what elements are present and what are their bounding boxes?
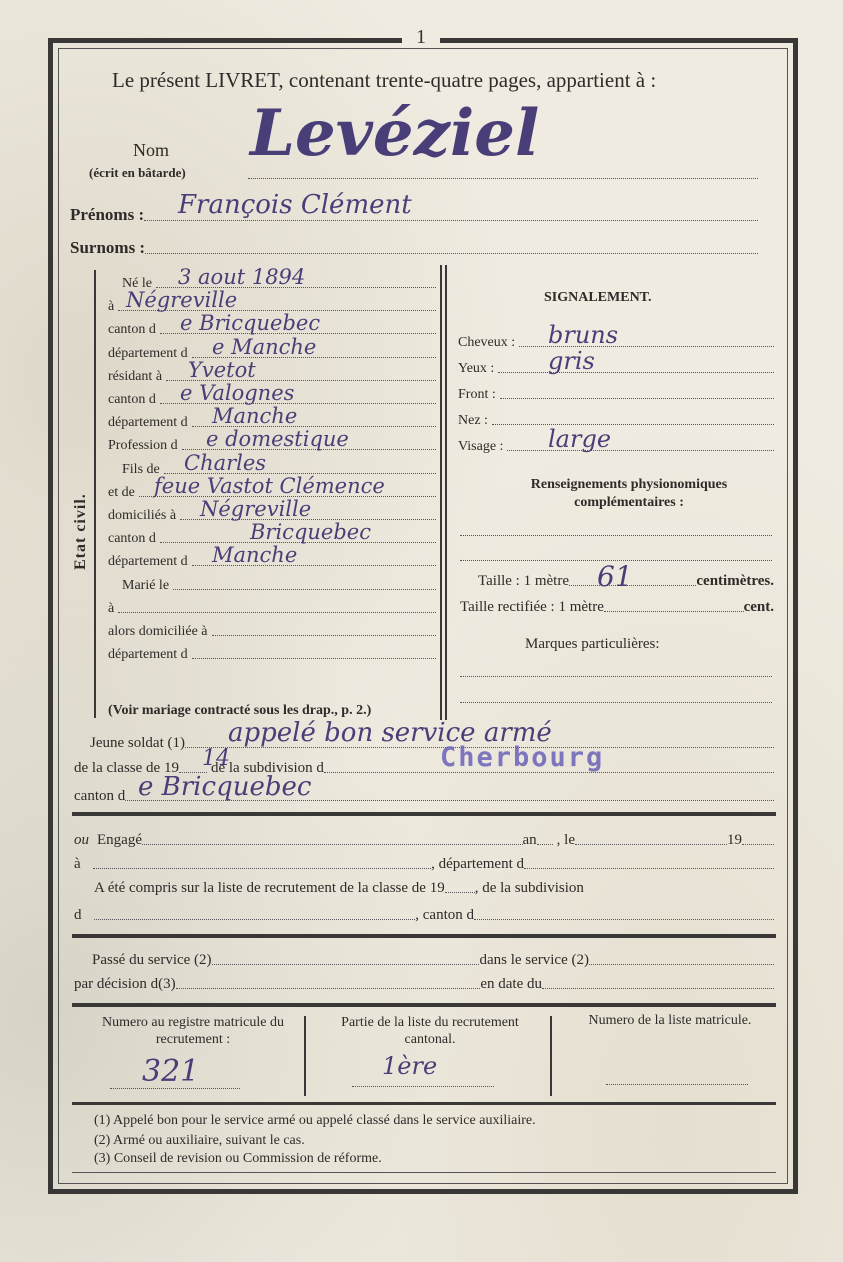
numeros-divider-2 xyxy=(550,1016,552,1096)
taille-rectifiee-label: Taille rectifiée : 1 mètre xyxy=(460,599,604,616)
engage-lieu-row: à , département d xyxy=(74,856,774,873)
etat-civil-row: alors domiciliée à xyxy=(108,624,436,640)
marques-label: Marques particulières: xyxy=(525,636,660,653)
engage-line xyxy=(142,844,523,845)
etat-civil-label: résidant à xyxy=(108,369,162,385)
prenoms-label: Prénoms : xyxy=(70,205,144,225)
taille-line xyxy=(569,585,696,586)
signalement-label: Front : xyxy=(458,387,496,403)
footnote-bottom-line xyxy=(72,1172,776,1173)
canton-label: canton d xyxy=(74,788,125,805)
numeros-divider-1 xyxy=(304,1016,306,1096)
signalement-value[interactable]: gris xyxy=(548,347,595,375)
etat-civil-label: alors domiciliée à xyxy=(108,624,208,640)
numero-registre-header: Numero au registre matricule du recrutem… xyxy=(88,1014,298,1048)
etat-civil-value[interactable]: Bricquebec xyxy=(250,520,371,544)
passe-line xyxy=(212,964,480,965)
nom-value[interactable]: Levéziel xyxy=(250,96,539,171)
partie-liste-line xyxy=(352,1086,494,1087)
date-label: en date du xyxy=(480,976,542,993)
engage-row: ou Engagé an , le 19 xyxy=(74,832,774,849)
signalement-row: Front : xyxy=(458,387,774,403)
prenoms-line xyxy=(144,220,758,221)
footnote-3: (3) Conseil de revision ou Commission de… xyxy=(94,1151,382,1167)
etat-civil-label: domiciliés à xyxy=(108,508,176,524)
renseignements-line-1 xyxy=(460,535,772,536)
numero-liste-header: Numero de la liste matricule. xyxy=(570,1012,770,1029)
etat-civil-value[interactable]: e Bricquebec xyxy=(180,311,320,335)
surnoms-line xyxy=(145,253,758,254)
signalement-label: Yeux : xyxy=(458,361,494,377)
compris-canton-label: , canton d xyxy=(415,907,474,924)
engage-departement-line xyxy=(524,868,774,869)
compris-lieu-row: d , canton d xyxy=(74,907,774,924)
taille-rectifiee-unit: cent. xyxy=(744,599,774,616)
etat-civil-label: département d xyxy=(108,647,188,663)
date-line xyxy=(542,988,774,989)
taille-rectifiee-line xyxy=(604,611,744,612)
section-divider-2 xyxy=(72,934,776,938)
engage-a-line xyxy=(93,868,431,869)
le-line xyxy=(575,844,727,845)
etat-civil-value[interactable]: feue Vastot Clémence xyxy=(154,474,385,498)
prenoms-value[interactable]: François Clément xyxy=(178,190,412,220)
dans-line xyxy=(589,964,774,965)
etat-civil-label: à xyxy=(108,299,114,315)
footnote-2: (2) Armé ou auxiliaire, suivant le cas. xyxy=(94,1133,305,1149)
signalement-line xyxy=(500,398,774,399)
etat-civil-value[interactable]: Négreville xyxy=(126,288,237,312)
compris-d-label: d xyxy=(74,907,82,924)
numero-liste-line xyxy=(606,1084,748,1085)
signalement-label: Visage : xyxy=(458,439,503,455)
etat-civil-label: canton d xyxy=(108,392,156,408)
numero-registre-value[interactable]: 321 xyxy=(142,1054,199,1089)
footnote-1: (1) Appelé bon pour le service armé ou a… xyxy=(94,1113,536,1129)
prenoms-row: Prénoms : xyxy=(70,205,758,225)
surnoms-label: Surnoms : xyxy=(70,238,145,258)
nom-line xyxy=(248,178,758,179)
compris-canton-line xyxy=(474,919,774,920)
etat-civil-label: canton d xyxy=(108,322,156,338)
etat-civil-value[interactable]: Manche xyxy=(212,543,297,567)
engage-year-prefix: 19 xyxy=(727,832,742,849)
etat-civil-line xyxy=(118,612,436,613)
etat-civil-label: département d xyxy=(108,346,188,362)
signalement-row: Nez : xyxy=(458,413,774,429)
signalement-value[interactable]: large xyxy=(548,425,611,453)
etat-civil-value[interactable]: e Valognes xyxy=(180,381,294,405)
signalement-label: Nez : xyxy=(458,413,488,429)
etat-civil-label: département d xyxy=(108,554,188,570)
column-divider-2 xyxy=(445,265,447,720)
renseignements-label: Renseignements physionomiques complément… xyxy=(484,476,774,512)
passe-row: Passé du service (2) dans le service (2) xyxy=(92,952,774,969)
classe-value[interactable]: 14 xyxy=(202,746,230,771)
taille-label: Taille : 1 mètre xyxy=(478,573,569,590)
section-divider-3 xyxy=(72,1003,776,1007)
signalement-row: Visage : xyxy=(458,439,774,455)
column-divider xyxy=(440,265,442,720)
signalement-line xyxy=(498,372,774,373)
page-number: 1 xyxy=(411,26,431,49)
etat-civil-label: à xyxy=(108,601,114,617)
taille-unit: centimètres. xyxy=(696,573,774,590)
etat-civil-title: Etat civil. xyxy=(72,493,90,570)
taille-value[interactable]: 61 xyxy=(597,560,633,593)
compris-d-line xyxy=(94,919,416,920)
etat-civil-bracket xyxy=(94,270,104,718)
partie-liste-value[interactable]: 1ère xyxy=(382,1052,437,1080)
signalement-title: SIGNALEMENT. xyxy=(544,290,651,306)
etat-civil-label: canton d xyxy=(108,531,156,547)
etat-civil-label: département d xyxy=(108,415,188,431)
etat-civil-line xyxy=(192,658,436,659)
compris-subdivision-label: , de la subdivision xyxy=(475,880,584,897)
marques-line-1 xyxy=(460,676,772,677)
etat-civil-row: département d xyxy=(108,647,436,663)
decision-row: par décision d(3) en date du xyxy=(74,976,774,993)
etat-civil-line xyxy=(212,635,436,636)
etat-civil-value[interactable]: 3 aout 1894 xyxy=(178,265,305,289)
compris-text: A été compris sur la liste de recrutemen… xyxy=(94,880,445,897)
etat-civil-value[interactable]: Charles xyxy=(184,451,266,475)
signalement-row: Yeux : xyxy=(458,361,774,377)
signalement-value[interactable]: bruns xyxy=(548,321,618,349)
engage-an-label: an xyxy=(523,832,537,849)
section-divider-1 xyxy=(72,812,776,816)
section-divider-4 xyxy=(72,1102,776,1105)
canton-value[interactable]: e Bricquebec xyxy=(138,772,311,802)
dans-label: dans le service (2) xyxy=(479,952,589,969)
etat-civil-value[interactable]: Manche xyxy=(212,404,297,428)
etat-civil-value[interactable]: Négreville xyxy=(200,497,311,521)
etat-civil-row: Marié le xyxy=(122,578,436,594)
engage-a-label: à xyxy=(74,856,81,873)
mariage-note: (Voir mariage contracté sous les drap., … xyxy=(108,703,371,719)
etat-civil-value[interactable]: e domestique xyxy=(206,427,349,451)
engage-label: Engagé xyxy=(97,832,142,849)
etat-civil-label: Profession d xyxy=(108,438,178,454)
subdivision-stamp: Cherbourg xyxy=(440,742,604,773)
nom-label: Nom xyxy=(133,140,169,161)
signalement-label: Cheveux : xyxy=(458,335,515,351)
passe-label: Passé du service (2) xyxy=(92,952,212,969)
decision-line xyxy=(176,988,481,989)
etat-civil-label: et de xyxy=(108,485,135,501)
etat-civil-value[interactable]: e Manche xyxy=(212,335,316,359)
compris-year-line xyxy=(445,892,475,893)
surnoms-row: Surnoms : xyxy=(70,238,758,258)
an-line xyxy=(537,844,553,845)
engage-ou-label: ou xyxy=(74,832,89,849)
signalement-line xyxy=(492,424,774,425)
engage-departement-label: , département d xyxy=(431,856,524,873)
nom-sublabel: (écrit en bâtarde) xyxy=(89,165,186,181)
etat-civil-label: Marié le xyxy=(122,578,169,594)
intro-text: Le présent LIVRET, contenant trente-quat… xyxy=(74,66,774,94)
taille-rectifiee-row: Taille rectifiée : 1 mètre cent. xyxy=(460,599,774,616)
compris-row: A été compris sur la liste de recrutemen… xyxy=(94,880,774,897)
year-line xyxy=(742,844,774,845)
decision-label: par décision d(3) xyxy=(74,976,176,993)
marques-line-2 xyxy=(460,702,772,703)
engage-le-label: , le xyxy=(557,832,575,849)
etat-civil-value[interactable]: Yvetot xyxy=(188,358,256,382)
etat-civil-row: à xyxy=(108,601,436,617)
jeune-soldat-label: Jeune soldat (1) xyxy=(90,735,185,752)
partie-liste-header: Partie de la liste du recrutement canton… xyxy=(315,1014,545,1048)
etat-civil-line xyxy=(173,589,436,590)
